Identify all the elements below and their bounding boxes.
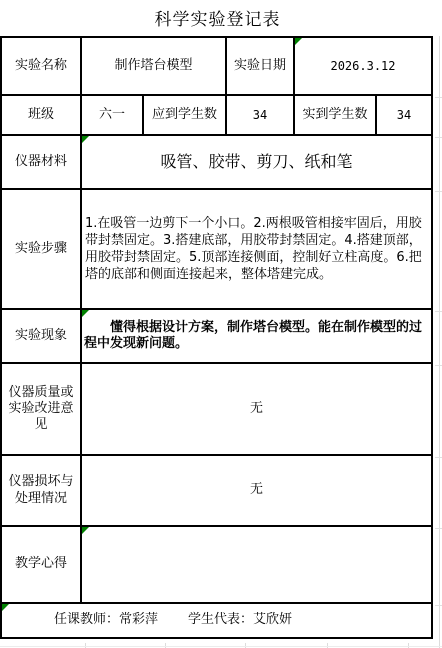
materials-value-cell[interactable]: 吸管、胶带、剪刀、纸和笔 [82,136,431,190]
equipment-quality-label: 仪器质量或实验改进意见 [7,385,75,434]
class-label-cell: 班级 [2,96,82,136]
steps-label: 实验步骤 [15,241,67,257]
actual-students-label-cell: 实到学生数 [295,96,377,136]
equipment-damage-label-cell: 仪器损坏与处理情况 [2,456,82,527]
gridline [435,191,442,192]
steps-value: 1.在吸管一边剪下一个小口。2.两根吸管相接牢固后，用胶带封禁固定。3.搭建底部… [85,215,427,283]
spreadsheet-form: 科学实验登记表 实验名称 制作塔台模型 实验日期 2026.3.12 班级 六一… [0,0,442,648]
expected-students-label: 应到学生数 [152,107,217,123]
teaching-reflection-value-cell[interactable] [82,527,431,604]
equipment-damage-value: 无 [250,482,263,498]
signature-row-cell[interactable]: 任课教师：常彩萍 学生代表：艾欣妍 [2,604,431,637]
actual-students-value-cell[interactable]: 34 [377,96,431,136]
class-label: 班级 [28,107,54,123]
experiment-date-label-cell: 实验日期 [227,38,295,96]
gridline [435,97,442,98]
materials-value: 吸管、胶带、剪刀、纸和笔 [160,152,352,172]
gridline [435,528,442,529]
cell-error-flag-icon [2,604,9,611]
expected-students-value: 34 [253,108,267,123]
experiment-name-value: 制作塔台模型 [114,58,192,74]
page-title: 科学实验登记表 [0,0,435,35]
cell-error-flag-icon [82,136,89,143]
equipment-quality-label-cell: 仪器质量或实验改进意见 [2,364,82,456]
equipment-quality-value: 无 [250,401,263,417]
materials-label-cell: 仪器材料 [2,136,82,190]
gridline [435,311,442,312]
experiment-date-value: 2026.3.12 [330,59,395,74]
actual-students-label: 实到学生数 [302,107,367,123]
equipment-damage-value-cell[interactable]: 无 [82,456,431,527]
phenomenon-label: 实验现象 [15,328,67,344]
materials-label: 仪器材料 [15,154,67,170]
equipment-damage-label: 仪器损坏与处理情况 [7,474,75,507]
gridline [435,457,442,458]
teaching-reflection-label: 教学心得 [15,556,67,572]
experiment-name-label-cell: 实验名称 [2,38,82,96]
experiment-date-label: 实验日期 [234,58,286,74]
class-value-cell[interactable]: 六一 [82,96,144,136]
steps-label-cell: 实验步骤 [2,190,82,310]
class-value: 六一 [99,107,125,123]
equipment-quality-value-cell[interactable]: 无 [82,364,431,456]
experiment-name-label: 实验名称 [15,58,67,74]
experiment-log-table: 实验名称 制作塔台模型 实验日期 2026.3.12 班级 六一 应到学生数 3… [0,36,433,639]
experiment-name-value-cell[interactable]: 制作塔台模型 [82,38,227,96]
phenomenon-label-cell: 实验现象 [2,310,82,364]
experiment-date-value-cell[interactable]: 2026.3.12 [295,38,431,96]
expected-students-value-cell[interactable]: 34 [227,96,295,136]
gridline [435,365,442,366]
gridline [435,605,442,606]
cell-error-flag-icon [295,38,302,45]
steps-value-cell[interactable]: 1.在吸管一边剪下一个小口。2.两根吸管相接牢固后，用胶带封禁固定。3.搭建底部… [82,190,431,310]
expected-students-label-cell: 应到学生数 [144,96,227,136]
teacher-signature: 任课教师：常彩萍 [54,612,158,628]
gridline [435,137,442,138]
cell-error-flag-icon [82,527,89,534]
phenomenon-value-cell[interactable]: 懂得根据设计方案，制作塔台模型。能在制作模型的过程中发现新问题。 [82,310,431,364]
teaching-reflection-label-cell: 教学心得 [2,527,82,604]
gridline [0,646,442,647]
student-signature: 学生代表：艾欣妍 [188,612,292,628]
actual-students-value: 34 [397,108,411,123]
phenomenon-value: 懂得根据设计方案，制作塔台模型。能在制作模型的过程中发现新问题。 [84,320,427,352]
cell-error-flag-icon [82,310,89,317]
gridline [439,36,440,648]
